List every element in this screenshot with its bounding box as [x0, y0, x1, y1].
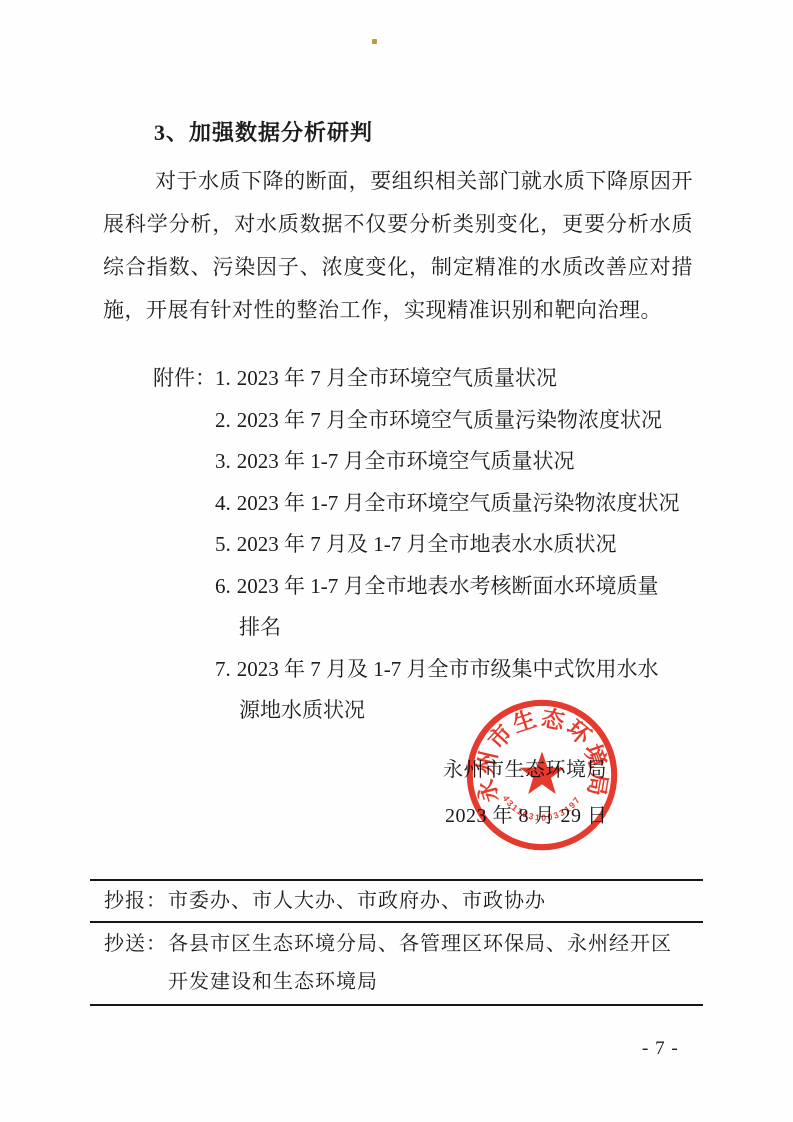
attachment-number: 6. — [215, 566, 231, 608]
attachment-item: 3.2023 年 1-7 月全市环境空气质量状况 — [215, 441, 713, 483]
attachment-number: 2. — [215, 400, 231, 442]
attachments-label: 附件： — [153, 358, 216, 400]
attachment-text: 2023 年 1-7 月全市地表水考核断面水环境质量 — [237, 574, 659, 598]
cc-report-row: 抄报：市委办、市人大办、市政府办、市政协办 — [90, 881, 703, 923]
seal-code: 43110310033197 — [501, 793, 582, 822]
cc-block: 抄报：市委办、市人大办、市政府办、市政协办 抄送：各县市区生态环境分局、各管理区… — [90, 879, 703, 1006]
attachment-item: 4.2023 年 1-7 月全市环境空气质量污染物浓度状况 — [215, 483, 713, 525]
attachment-text: 2023 年 1-7 月全市环境空气质量状况 — [237, 449, 575, 473]
attachment-text: 2023 年 7 月全市环境空气质量污染物浓度状况 — [237, 408, 662, 432]
attachment-item: 5.2023 年 7 月及 1-7 月全市地表水水质状况 — [215, 524, 713, 566]
cc-report-label: 抄报： — [104, 890, 167, 912]
scan-artifact-dot — [372, 39, 377, 44]
attachment-text: 2023 年 1-7 月全市环境空气质量污染物浓度状况 — [237, 491, 680, 515]
svg-text:43110310033197: 43110310033197 — [501, 793, 582, 822]
attachment-number: 4. — [215, 483, 231, 525]
attachment-number: 7. — [215, 649, 231, 691]
attachment-item: 6.2023 年 1-7 月全市地表水考核断面水环境质量 排名 — [215, 566, 713, 649]
cc-send-label: 抄送： — [104, 933, 167, 955]
seal-star — [520, 751, 565, 794]
attachment-number: 1. — [215, 358, 231, 400]
attachment-number: 3. — [215, 441, 231, 483]
attachment-text: 2023 年 7 月及 1-7 月全市市级集中式饮用水水 — [237, 657, 659, 681]
attachment-item: 2.2023 年 7 月全市环境空气质量污染物浓度状况 — [215, 400, 713, 442]
cc-report-text: 市委办、市人大办、市政府办、市政协办 — [168, 890, 546, 912]
body-paragraph: 对于水质下降的断面，要组织相关部门就水质下降原因开展科学分析，对水质数据不仅要分… — [103, 160, 693, 332]
cc-send-text: 各县市区生态环境分局、各管理区环保局、永州经开区 — [168, 933, 672, 955]
section-heading: 3、加强数据分析研判 — [154, 116, 373, 147]
attachment-continuation: 排名 — [239, 607, 713, 649]
attachment-text: 2023 年 7 月及 1-7 月全市地表水水质状况 — [237, 532, 617, 556]
attachment-items: 1.2023 年 7 月全市环境空气质量状况 2.2023 年 7 月全市环境空… — [215, 358, 713, 732]
attachment-item: 7.2023 年 7 月及 1-7 月全市市级集中式饮用水水 源地水质状况 — [215, 649, 713, 732]
attachment-number: 5. — [215, 524, 231, 566]
attachment-text: 2023 年 7 月全市环境空气质量状况 — [237, 366, 557, 390]
official-seal: 永州市生态环境局 43110310033197 — [466, 699, 618, 851]
cc-send-row: 抄送：各县市区生态环境分局、各管理区环保局、永州经开区 开发建设和生态环境局 — [90, 923, 703, 1004]
cc-send-line1-row: 抄送：各县市区生态环境分局、各管理区环保局、永州经开区 — [104, 925, 703, 963]
document-page: 3、加强数据分析研判 对于水质下降的断面，要组织相关部门就水质下降原因开展科学分… — [0, 0, 793, 1122]
attachment-item: 1.2023 年 7 月全市环境空气质量状况 — [215, 358, 713, 400]
cc-send-line2: 开发建设和生态环境局 — [168, 963, 703, 1001]
attachments-list: 附件： 1.2023 年 7 月全市环境空气质量状况 2.2023 年 7 月全… — [153, 358, 713, 732]
page-number: - 7 - — [642, 1038, 679, 1060]
